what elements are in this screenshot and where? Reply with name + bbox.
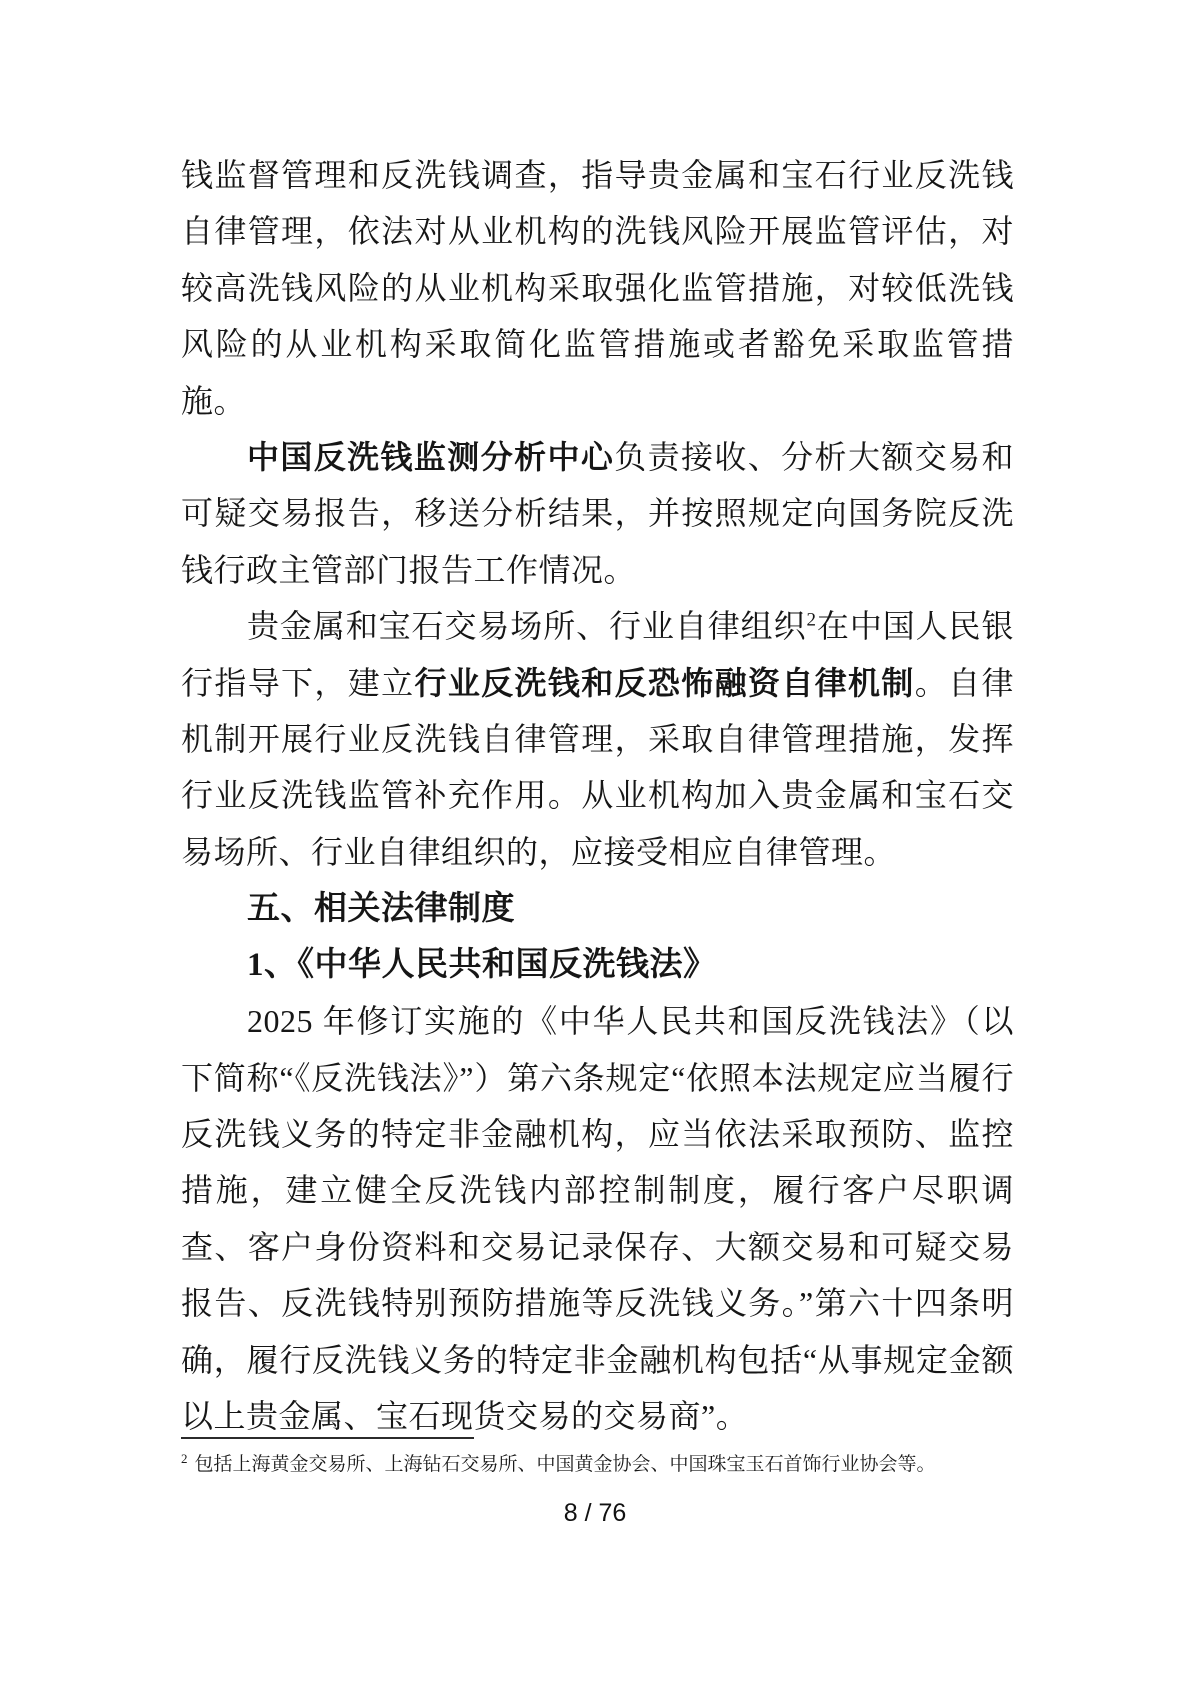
document-body: 钱监督管理和反洗钱调查，指导贵金属和宝石行业反洗钱自律管理，依法对从业机构的洗钱… <box>181 147 1014 1444</box>
text-run: 2025 年修订实施的《中华人民共和国反洗钱法》（以下简称“《反洗钱法》”）第六… <box>181 1003 1014 1434</box>
paragraph: 2025 年修订实施的《中华人民共和国反洗钱法》（以下简称“《反洗钱法》”）第六… <box>181 993 1014 1444</box>
bold-text-run: 行业反洗钱和反恐怖融资自律机制 <box>414 665 914 701</box>
paragraph: 中国反洗钱监测分析中心负责接收、分析大额交易和可疑交易报告，移送分析结果，并按照… <box>181 429 1014 598</box>
text-run: 钱监督管理和反洗钱调查，指导贵金属和宝石行业反洗钱自律管理，依法对从业机构的洗钱… <box>181 157 1014 419</box>
bold-text-run: 中国反洗钱监测分析中心 <box>247 439 614 475</box>
footnote-separator <box>181 1437 474 1439</box>
footnote: 2包括上海黄金交易所、上海钻石交易所、中国黄金协会、中国珠宝玉石首饰行业协会等。 <box>181 1450 1014 1480</box>
footnote-text: 包括上海黄金交易所、上海钻石交易所、中国黄金协会、中国珠宝玉石首饰行业协会等。 <box>195 1454 936 1475</box>
paragraph: 钱监督管理和反洗钱调查，指导贵金属和宝石行业反洗钱自律管理，依法对从业机构的洗钱… <box>181 147 1014 429</box>
text-run: 贵金属和宝石交易场所、行业自律组织 <box>247 608 807 644</box>
bold-text-run: 五、相关法律制度 <box>247 889 515 926</box>
paragraph: 贵金属和宝石交易场所、行业自律组织2在中国人民银行指导下，建立行业反洗钱和反恐怖… <box>181 598 1014 880</box>
footnote-reference: 2 <box>807 610 817 631</box>
document-page: 钱监督管理和反洗钱调查，指导贵金属和宝石行业反洗钱自律管理，依法对从业机构的洗钱… <box>0 0 1190 1683</box>
bold-text-run: 1、《中华人民共和国反洗钱法》 <box>247 947 717 983</box>
subsection-heading: 1、《中华人民共和国反洗钱法》 <box>181 937 1014 993</box>
page-number: 8 / 76 <box>0 1499 1190 1527</box>
section-heading: 五、相关法律制度 <box>181 880 1014 936</box>
footnote-marker: 2 <box>181 1451 188 1466</box>
